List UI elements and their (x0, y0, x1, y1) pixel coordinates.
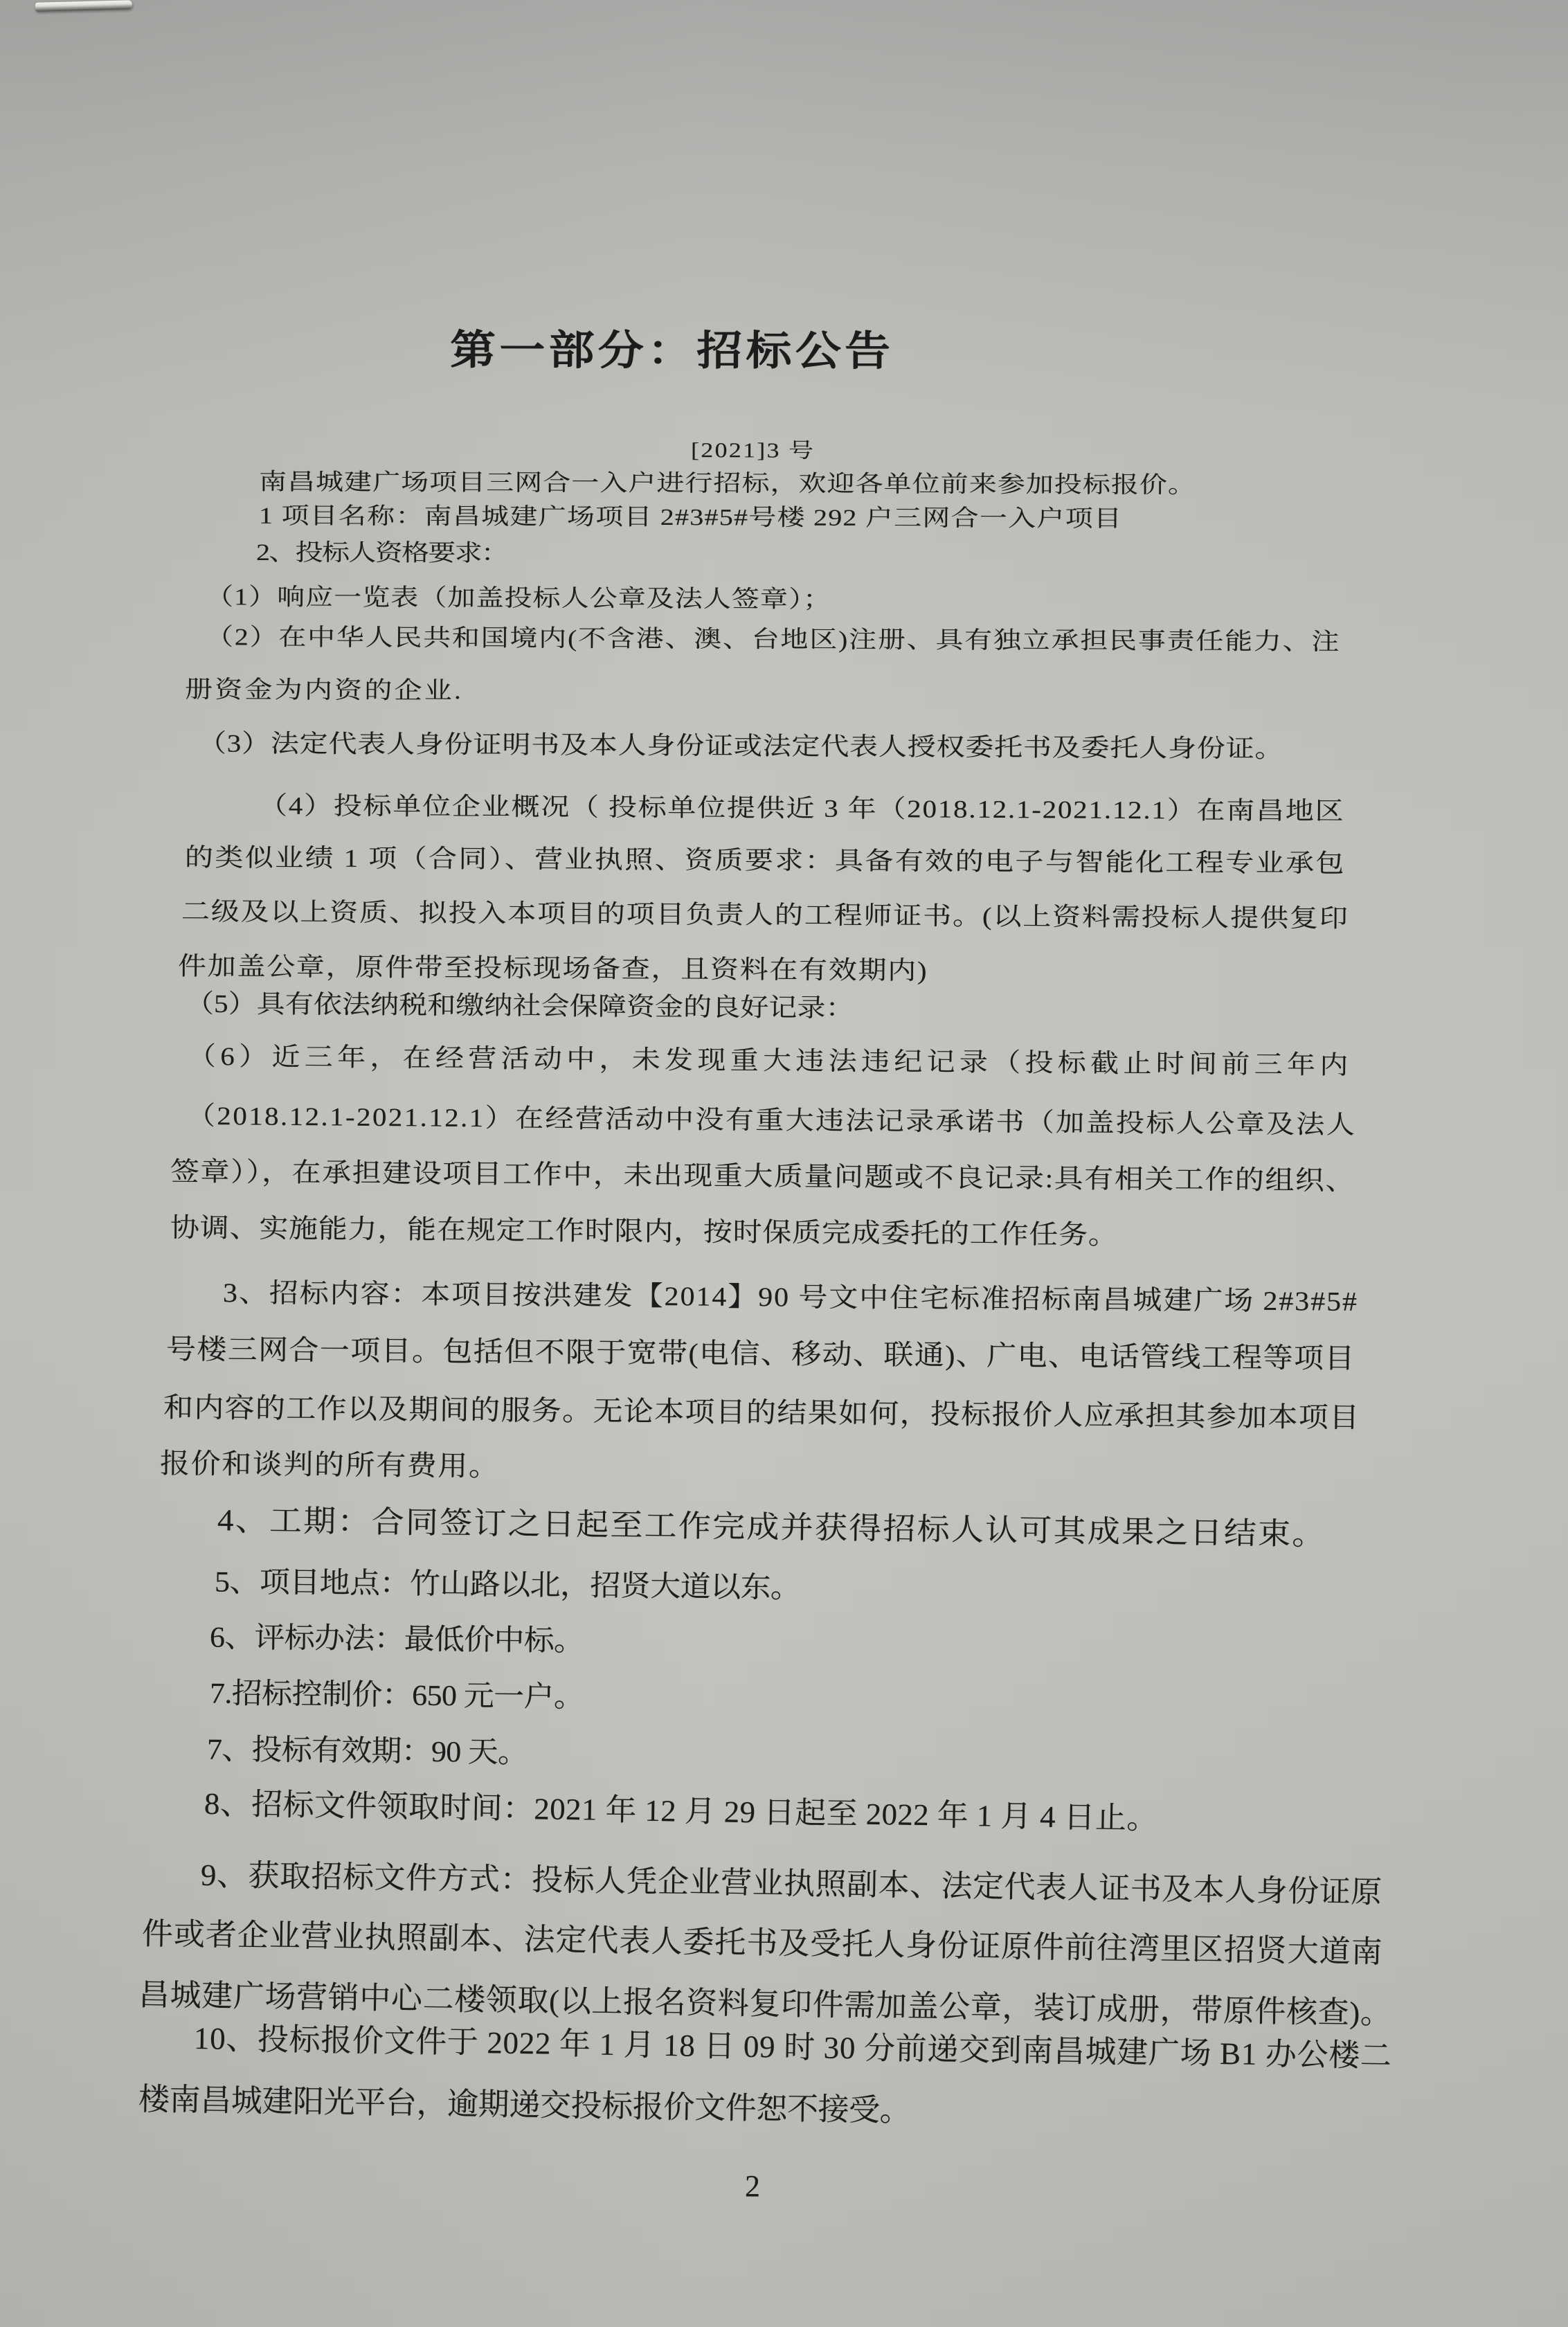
line-text: 报价和谈判的所有费用。 (160, 1450, 500, 1481)
line-text: 协调、实施能力，能在规定工作时限内，按时保质完成委托的工作任务。 (170, 1215, 1118, 1249)
line-text: 1 项目名称：南昌城建广场项目 2#3#5#号楼 292 户三网合一入户项目 (259, 504, 1122, 530)
line-text: （6）近三年，在经营活动中，未发现重大违法违纪记录（投标截止时间前三年内 (188, 1043, 1353, 1079)
line-text: 册资金为内资的企业. (185, 678, 463, 703)
paragraph-line: （2）在中华人民共和国境内(不含港、澳、台地区)注册、具有独立承担民事责任能力、… (206, 625, 1340, 654)
line-text: 4、工期：合同签订之日起至工作完成并获得招标人认可其成果之日结束。 (217, 1505, 1326, 1550)
paragraph-line: 4、工期：合同签订之日起至工作完成并获得招标人认可其成果之日结束。 (217, 1505, 1325, 1550)
paragraph-line: 协调、实施能力，能在规定工作时限内，按时保质完成委托的工作任务。 (170, 1215, 1117, 1249)
page-title-text: 第一部分：招标公告 (450, 330, 894, 372)
paragraph-line: 号楼三网合一项目。包括但不限于宽带(电信、移动、联通)、广电、电话管线工程等项目 (166, 1336, 1355, 1373)
paragraph-line: （3）法定代表人身份证明书及本人身份证或法定代表人授权委托书及委托人身份证。 (198, 730, 1283, 761)
paragraph-line: 签章）），在承担建设项目工作中，未出现重大质量问题或不良记录:具有相关工作的组织… (170, 1159, 1355, 1195)
paragraph-line: （5）具有依法纳税和缴纳社会保障资金的良好记录： (186, 991, 854, 1021)
line-text: （4）投标单位企业概况（ 投标单位提供近 3 年（2018.12.1-2021.… (259, 793, 1345, 823)
page-number: 2 (745, 2171, 762, 2202)
line-text: 3、招标内容：本项目按洪建发【2014】90 号文中住宅标准招标南昌城建广场 2… (223, 1279, 1358, 1315)
doc-number-text: [2021]3 号 (691, 440, 815, 461)
paragraph-line: 二级及以上资质、拟投入本项目的项目负责人的工程师证书。(以上资料需投标人提供复印 (181, 899, 1348, 931)
line-text: （2018.12.1-2021.12.1）在经营活动中没有重大违法记录承诺书（加… (187, 1103, 1356, 1138)
page-title: 第一部分：招标公告 (450, 330, 890, 372)
paragraph-line: 8、招标文件领取时间：2021 年 12 月 29 日起至 2022 年 1 月… (204, 1788, 1158, 1834)
line-text: 7.招标控制价：650 元一户。 (210, 1679, 584, 1712)
line-text: 件或者企业营业执照副本、法定代表人委托书及受托人身份证原件前往湾里区招贤大道南 (142, 1919, 1383, 1968)
paragraph-line: 件或者企业营业执照副本、法定代表人委托书及受托人身份证原件前往湾里区招贤大道南 (142, 1919, 1382, 1968)
paragraph-line: 7、投标有效期：90 天。 (207, 1735, 528, 1768)
paragraph-line: 报价和谈判的所有费用。 (160, 1450, 498, 1481)
paragraph-line: 6、评标办法：最低价中标。 (210, 1623, 584, 1656)
paragraph-line: 10、投标报价文件于 2022 年 1 月 18 日 09 时 30 分前递交到… (194, 2023, 1391, 2072)
line-text: （2）在中华人民共和国境内(不含港、澳、台地区)注册、具有独立承担民事责任能力、… (206, 625, 1340, 654)
doc-number: [2021]3 号 (691, 440, 813, 461)
line-text: 和内容的工作以及期间的服务。无论本项目的结果如何，投标报价人应承担其参加本项目 (163, 1394, 1360, 1432)
line-text: 7、投标有效期：90 天。 (207, 1735, 528, 1768)
paragraph-line: 1 项目名称：南昌城建广场项目 2#3#5#号楼 292 户三网合一入户项目 (259, 504, 1121, 530)
paragraph-line: 南昌城建广场项目三网合一入户进行招标，欢迎各单位前来参加投标报价。 (259, 470, 1196, 496)
line-text: 件加盖公章，原件带至投标现场备查，且资料在有效期内) (178, 953, 928, 984)
paragraph-line: 3、招标内容：本项目按洪建发【2014】90 号文中住宅标准招标南昌城建广场 2… (223, 1279, 1357, 1315)
line-text: 签章）），在承担建设项目工作中，未出现重大质量问题或不良记录:具有相关工作的组织… (170, 1159, 1355, 1195)
paragraph-line: （4）投标单位企业概况（ 投标单位提供近 3 年（2018.12.1-2021.… (259, 793, 1343, 823)
paragraph-line: 和内容的工作以及期间的服务。无论本项目的结果如何，投标报价人应承担其参加本项目 (163, 1394, 1359, 1432)
paragraph-line: 昌城建广场营销中心二楼领取(以上报名资料复印件需加盖公章，装订成册，带原件核查)… (138, 1979, 1391, 2029)
line-text: 9、获取招标文件方式：投标人凭企业营业执照副本、法定代表人证书及本人身份证原 (201, 1860, 1382, 1907)
paragraph-line: 5、项目地点：竹山路以北，招贤大道以东。 (215, 1567, 801, 1603)
line-text: （5）具有依法纳税和缴纳社会保障资金的良好记录： (186, 991, 854, 1021)
paragraph-line: 的类似业绩 1 项（合同）、营业执照、资质要求：具备有效的电子与智能化工程专业承… (185, 845, 1344, 876)
line-text: 8、招标文件领取时间：2021 年 12 月 29 日起至 2022 年 1 月… (204, 1788, 1158, 1834)
line-text: 昌城建广场营销中心二楼领取(以上报名资料复印件需加盖公章，装订成册，带原件核查)… (138, 1979, 1392, 2029)
paragraph-line: 7.招标控制价：650 元一户。 (210, 1679, 584, 1712)
paragraph-line: （6）近三年，在经营活动中，未发现重大违法违纪记录（投标截止时间前三年内 (188, 1043, 1349, 1078)
line-text: 10、投标报价文件于 2022 年 1 月 18 日 09 时 30 分前递交到… (194, 2023, 1392, 2072)
line-text: 的类似业绩 1 项（合同）、营业执照、资质要求：具备有效的电子与智能化工程专业承… (185, 845, 1346, 876)
paragraph-line: 件加盖公章，原件带至投标现场备查，且资料在有效期内) (178, 953, 927, 984)
line-text: 5、项目地点：竹山路以北，招贤大道以东。 (215, 1567, 801, 1603)
line-text: （1）响应一览表（加盖投标人公章及法人签章）； (206, 585, 831, 611)
paragraph-line: 2、投标人资格要求： (256, 541, 509, 565)
line-text: 南昌城建广场项目三网合一入户进行招标，欢迎各单位前来参加投标报价。 (259, 470, 1196, 496)
line-text: 楼南昌城建阳光平台，逾期递交投标报价文件恕不接受。 (138, 2084, 911, 2127)
line-text: 号楼三网合一项目。包括但不限于宽带(电信、移动、联通)、广电、电话管线工程等项目 (166, 1336, 1355, 1373)
paragraph-line: （2018.12.1-2021.12.1）在经营活动中没有重大违法记录承诺书（加… (187, 1103, 1355, 1138)
line-text: （3）法定代表人身份证明书及本人身份证或法定代表人授权委托书及委托人身份证。 (198, 730, 1283, 761)
line-text: 6、评标办法：最低价中标。 (210, 1623, 584, 1656)
paragraph-line: 册资金为内资的企业. (185, 678, 461, 703)
line-text: 2、投标人资格要求： (256, 541, 507, 565)
paragraph-line: 楼南昌城建阳光平台，逾期递交投标报价文件恕不接受。 (138, 2084, 912, 2127)
paragraph-line: 9、获取招标文件方式：投标人凭企业营业执照副本、法定代表人证书及本人身份证原 (201, 1860, 1382, 1907)
line-text: 二级及以上资质、拟投入本项目的项目负责人的工程师证书。(以上资料需投标人提供复印 (181, 899, 1349, 931)
staple (35, 0, 132, 12)
page-number-text: 2 (745, 2171, 760, 2202)
paragraph-line: （1）响应一览表（加盖投标人公章及法人签章）； (206, 585, 831, 611)
